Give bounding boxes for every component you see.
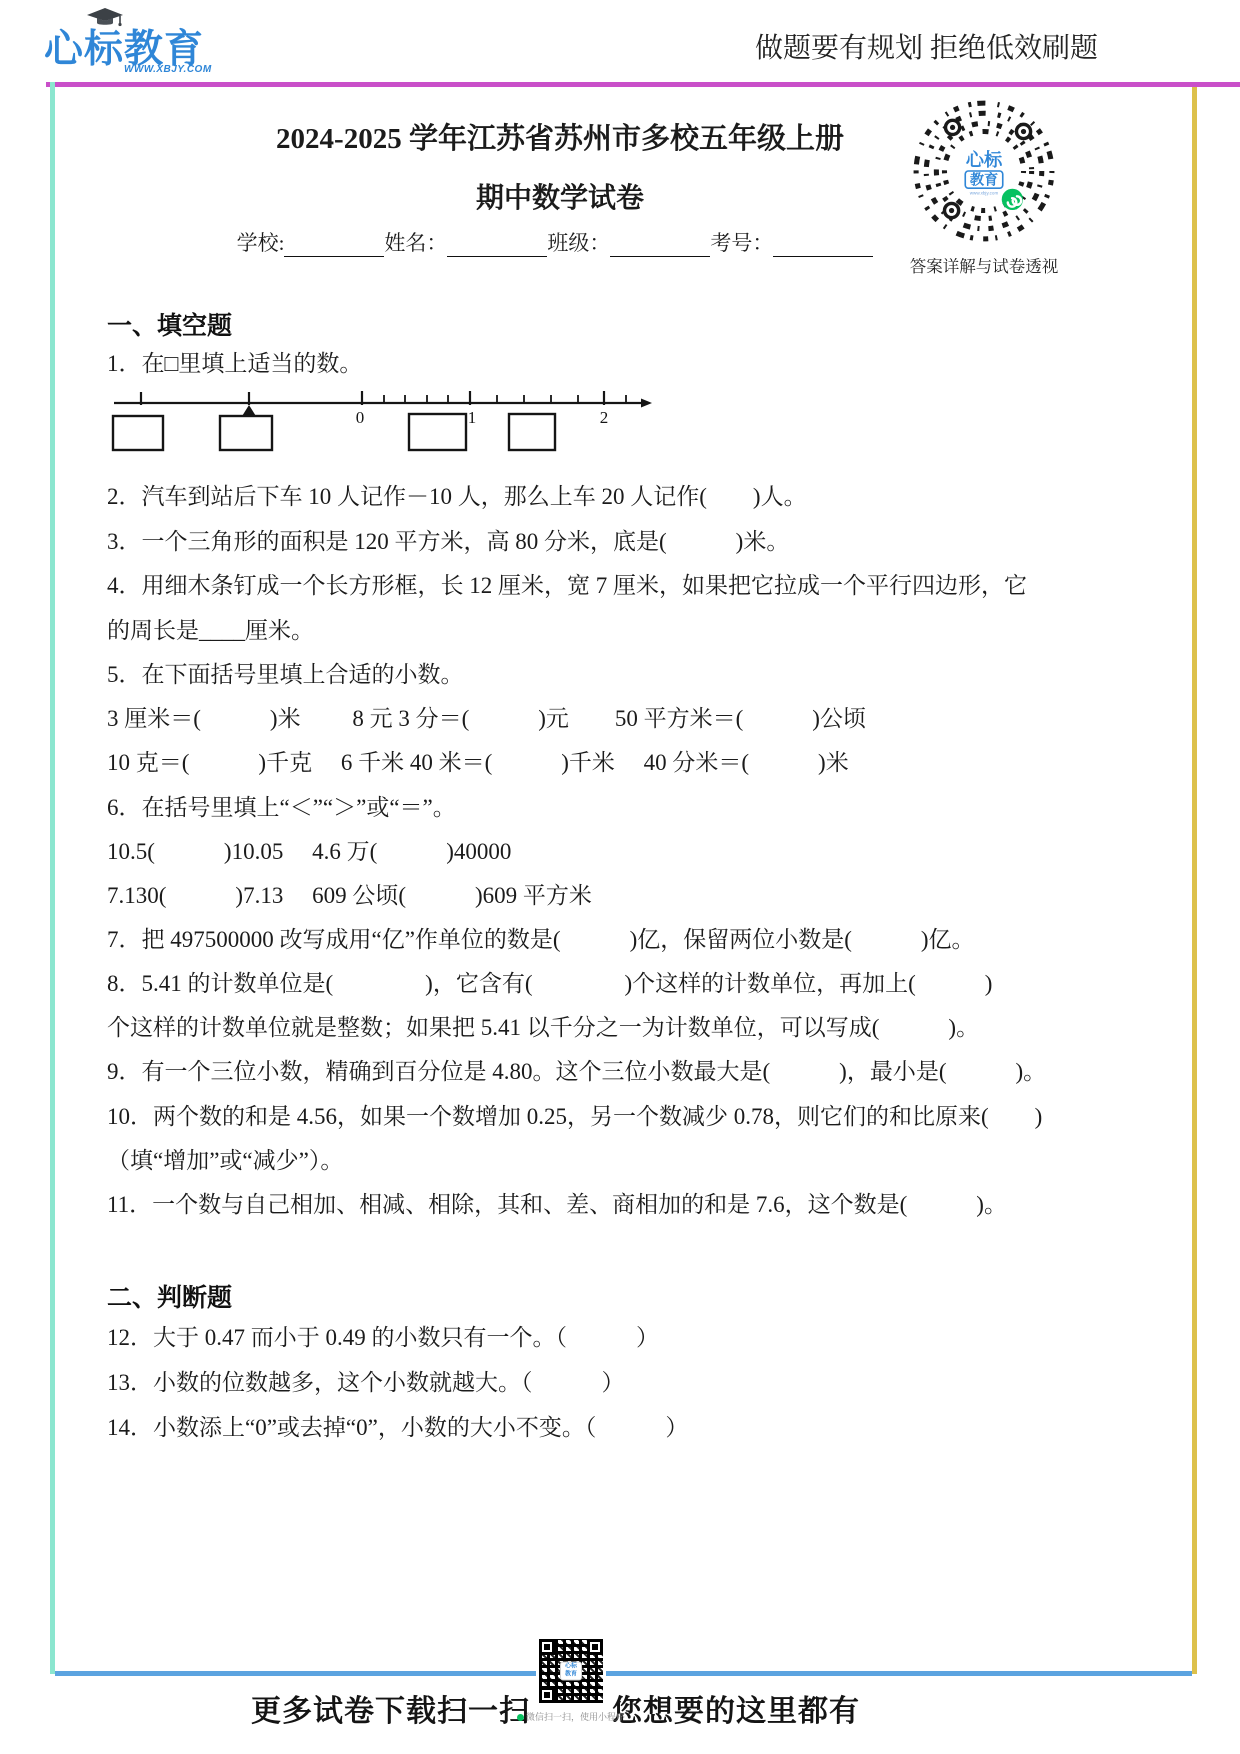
- name-blank: [447, 235, 547, 257]
- class-label: 班级：: [547, 231, 610, 255]
- exam-no-blank: [773, 235, 873, 257]
- class-blank: [610, 235, 710, 257]
- question-4-line-2: 的周长是____厘米。: [107, 615, 314, 647]
- wechat-icon: [517, 1714, 524, 1721]
- exam-no-label: 考号：: [710, 231, 773, 255]
- name-label: 姓名：: [384, 231, 447, 255]
- qr-caption: 答案详解与试卷透视: [893, 253, 1075, 277]
- question-4-line-1: 4．用细木条钉成一个长方形框，长 12 厘米，宽 7 厘米，如果把它拉成一个平行…: [107, 570, 1027, 602]
- qr-logo-url: www.xbjy.com: [970, 190, 999, 195]
- question-8-line-2: 个这样的计数单位就是整数；如果把 5.41 以千分之一为计数单位，可以写成( )…: [107, 1012, 979, 1044]
- question-10-line-2: （填“增加”或“减少”）。: [107, 1145, 343, 1177]
- tick-label-0: 0: [356, 408, 365, 427]
- brand-url: WWW.XBJY.COM: [124, 64, 212, 75]
- question-5-items-1: 3 厘米＝( )米 8 元 3 分＝( )元 50 平方米＝( )公顷: [107, 703, 866, 735]
- qr-logo-text-2: 教育: [969, 172, 998, 189]
- question-13: 13．小数的位数越多，这个小数就越大。（ ）: [107, 1367, 625, 1399]
- question-6-items-1: 10.5( )10.05 4.6 万( )40000: [107, 836, 511, 868]
- footer-text-right: 您想要的这里都有: [612, 1686, 860, 1730]
- tick-label-2: 2: [600, 408, 609, 427]
- question-6: 6．在括号里填上“＜”“＞”或“＝”。: [107, 792, 456, 824]
- qr-finder-bottom-left: [539, 1687, 555, 1703]
- question-14: 14．小数添上“0”或去掉“0”，小数的大小不变。（ ）: [107, 1412, 688, 1444]
- section-1-heading: 一、填空题: [107, 306, 232, 342]
- question-5: 5．在下面括号里填上合适的小数。: [107, 659, 464, 691]
- tick-label-1: 1: [468, 408, 477, 427]
- miniprogram-qr-code: 心标 教育 www.xbjy.com: [905, 95, 1063, 247]
- question-10-line-1: 10．两个数的和是 4.56，如果一个数增加 0.25，另一个数减少 0.78，…: [107, 1101, 1042, 1133]
- answer-boxes: [113, 414, 555, 450]
- question-2: 2．汽车到站后下车 10 人记作－10 人，那么上车 20 人记作( )人。: [107, 481, 807, 513]
- question-8-line-1: 8．5.41 的计数单位是( )，它含有( )个这样的计数单位，再加上( ): [107, 968, 992, 1000]
- section-2-heading: 二、判断题: [107, 1278, 232, 1314]
- numberline-arrowhead: [641, 399, 652, 408]
- frame-top-border: [46, 82, 1240, 87]
- question-11: 11．一个数与自己相加、相减、相除，其和、差、商相加的和是 7.6，这个数是( …: [107, 1189, 1007, 1221]
- school-label: 学校:: [237, 231, 285, 255]
- question-9: 9．有一个三位小数，精确到百分位是 4.80。这个三位小数最大是( )，最小是(…: [107, 1056, 1046, 1088]
- footer-qr-code: 心标 教育: [536, 1636, 606, 1706]
- question-7: 7．把 497500000 改写成用“亿”作单位的数是( )亿，保留两位小数是(…: [107, 924, 975, 956]
- question-12: 12．大于 0.47 而小于 0.49 的小数只有一个。（ ）: [107, 1322, 659, 1354]
- footer-qr-caption: 微信扫一扫，使用小程序: [503, 1710, 639, 1723]
- footer-text-left: 更多试卷下载扫一扫: [0, 1686, 530, 1730]
- exam-paper-page: 心标教育 WWW.XBJY.COM 做题要有规划 拒绝低效刷题 2024-202…: [0, 0, 1240, 1754]
- frame-bottom-border: [55, 1671, 1192, 1676]
- question-3: 3．一个三角形的面积是 120 平方米，高 80 分米，底是( )米。: [107, 526, 789, 558]
- qr-finder-top-right: [587, 1639, 603, 1655]
- question-6-items-2: 7.130( )7.13 609 公顷( )609 平方米: [107, 880, 592, 912]
- question-5-items-2: 10 克＝( )千克 6 千米 40 米＝( )千米 40 分米＝( )米: [107, 747, 849, 779]
- header-slogan: 做题要有规划 拒绝低效刷题: [755, 26, 1098, 66]
- frame-left-border: [50, 82, 55, 1674]
- qr-logo-text-1: 心标: [966, 149, 1003, 170]
- school-blank: [284, 235, 384, 257]
- question-1: 1．在□里填上适当的数。: [107, 348, 362, 380]
- number-line-figure: 0 1 2: [110, 388, 658, 463]
- frame-right-border: [1192, 87, 1197, 1674]
- qr-center-logo: 心标 教育: [560, 1662, 582, 1681]
- wechat-miniprogram-icon: [1002, 189, 1023, 210]
- qr-finder-top-left: [539, 1639, 555, 1655]
- graduation-cap-icon: [84, 6, 126, 35]
